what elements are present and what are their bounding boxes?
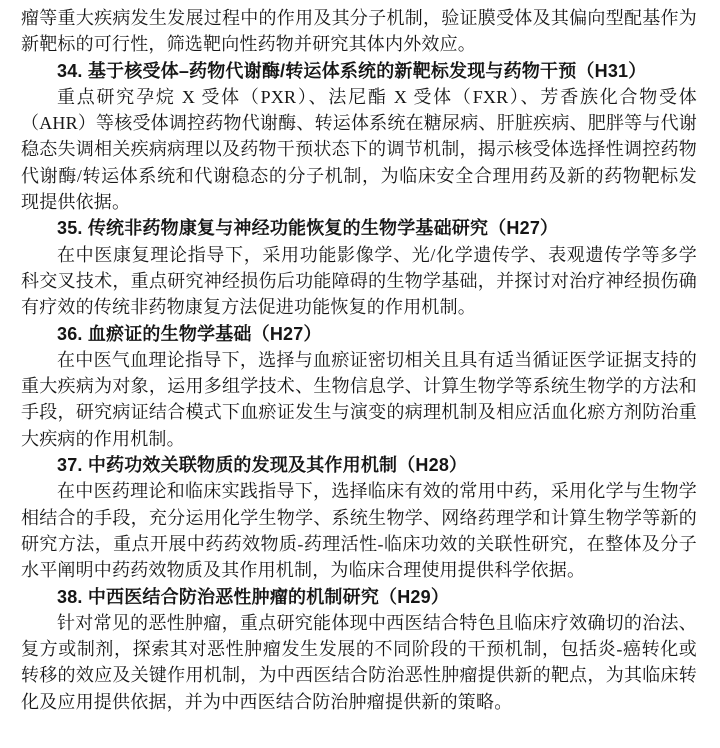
section-36-body: 在中医气血理论指导下，选择与血瘀证密切相关且具有适当循证医学证据支持的重大疾病为… <box>21 347 697 452</box>
section-34-heading: 34. 基于核受体–药物代谢酶/转运体系统的新靶标发现与药物干预（H31） <box>21 58 697 84</box>
section-38-heading: 38. 中西医结合防治恶性肿瘤的机制研究（H29） <box>21 584 697 610</box>
section-35-body: 在中医康复理论指导下，采用功能影像学、光/化学遗传学、表观遗传学等多学科交叉技术… <box>21 242 697 321</box>
section-37-body: 在中医药理论和临床实践指导下，选择临床有效的常用中药，采用化学与生物学相结合的手… <box>21 478 697 583</box>
section-37-heading: 37. 中药功效关联物质的发现及其作用机制（H28） <box>21 452 697 478</box>
section-35-heading: 35. 传统非药物康复与神经功能恢复的生物学基础研究（H27） <box>21 215 697 241</box>
section-34-body: 重点研究孕烷 X 受体（PXR）、法尼酯 X 受体（FXR）、芳香族化合物受体（… <box>21 84 697 215</box>
document-page: 瘤等重大疾病发生发展过程中的作用及其分子机制，验证膜受体及其偏向型配基作为新靶标… <box>0 0 720 748</box>
section-36-heading: 36. 血瘀证的生物学基础（H27） <box>21 321 697 347</box>
section-38-body: 针对常见的恶性肿瘤，重点研究能体现中西医结合特色且临床疗效确切的治法、复方或制剂… <box>21 610 697 715</box>
continuation-paragraph: 瘤等重大疾病发生发展过程中的作用及其分子机制，验证膜受体及其偏向型配基作为新靶标… <box>21 5 697 58</box>
